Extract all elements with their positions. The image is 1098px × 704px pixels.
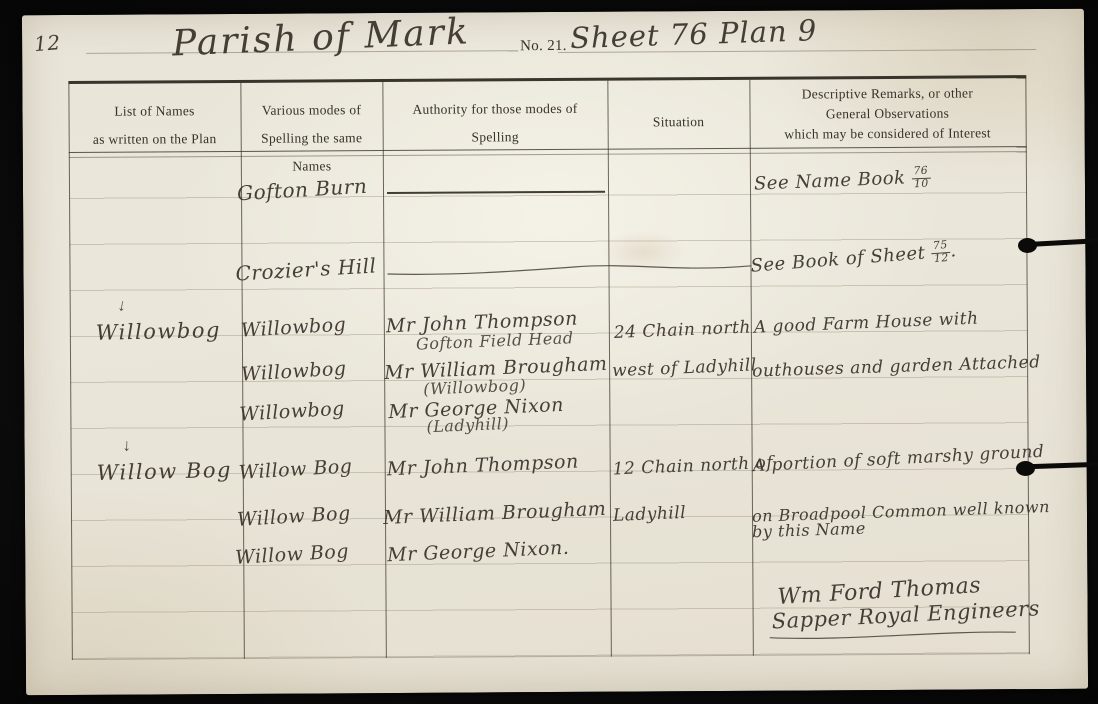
name-book-table: List of Names as written on the Plan Var… [68, 75, 1030, 660]
remark-text: See Name Book [754, 167, 906, 194]
sheet-fraction: 7512 [931, 240, 951, 265]
folio-number: 12 [33, 30, 61, 56]
names-column-header-line1: List of Names [70, 97, 238, 126]
situation-entry: Ladyhill [613, 503, 687, 526]
authority-column-header-line1: Authority for those modes of [384, 95, 605, 124]
wavy-blank-line [385, 260, 753, 278]
parish-title: Parish of Mark [171, 11, 470, 64]
plan-name-entry: Willowbog [96, 318, 222, 345]
spelling-column-header-line2: Spelling the same Names [243, 124, 381, 181]
sheet-fraction: 7610 [911, 166, 931, 190]
remarks-column-header-line1: Descriptive Remarks, or other [751, 83, 1023, 105]
remarks-column-header-line2: General Observations [751, 103, 1023, 125]
spelling-column-header-line1: Various modes of [242, 96, 380, 125]
authority-column-header: Authority for those modes of Spelling [384, 95, 605, 152]
document-page: 12 Parish of Mark No. 21. Sheet 76 Plan … [22, 9, 1088, 695]
remarks-column-header: Descriptive Remarks, or other General Ob… [751, 83, 1023, 145]
situation-column-header: Situation [610, 108, 748, 137]
sheet-plan-label: Sheet 76 Plan 9 [570, 13, 818, 55]
situation-column-header-line1: Situation [610, 108, 748, 137]
signature-flourish [768, 626, 1018, 642]
spelling-column-header: Various modes of Spelling the same Names [242, 96, 381, 181]
remarks-column-header-line3: which may be considered of Interest [752, 123, 1024, 145]
remark-entry: by this Name [752, 519, 866, 542]
authority-column-header-line2: Spelling [385, 123, 606, 152]
scan-background: 12 Parish of Mark No. 21. Sheet 76 Plan … [0, 0, 1098, 704]
fraction-bottom: 10 [912, 178, 931, 190]
names-column-header: List of Names as written on the Plan [70, 97, 238, 154]
authority-entry-detail: (Ladyhill) [426, 414, 509, 436]
arrow-mark-icon: ↓ [122, 435, 131, 455]
fraction-bottom: 12 [932, 253, 952, 265]
names-column-header-line2: as written on the Plan [71, 125, 239, 154]
plan-name-entry: Willow Bog [96, 458, 232, 485]
